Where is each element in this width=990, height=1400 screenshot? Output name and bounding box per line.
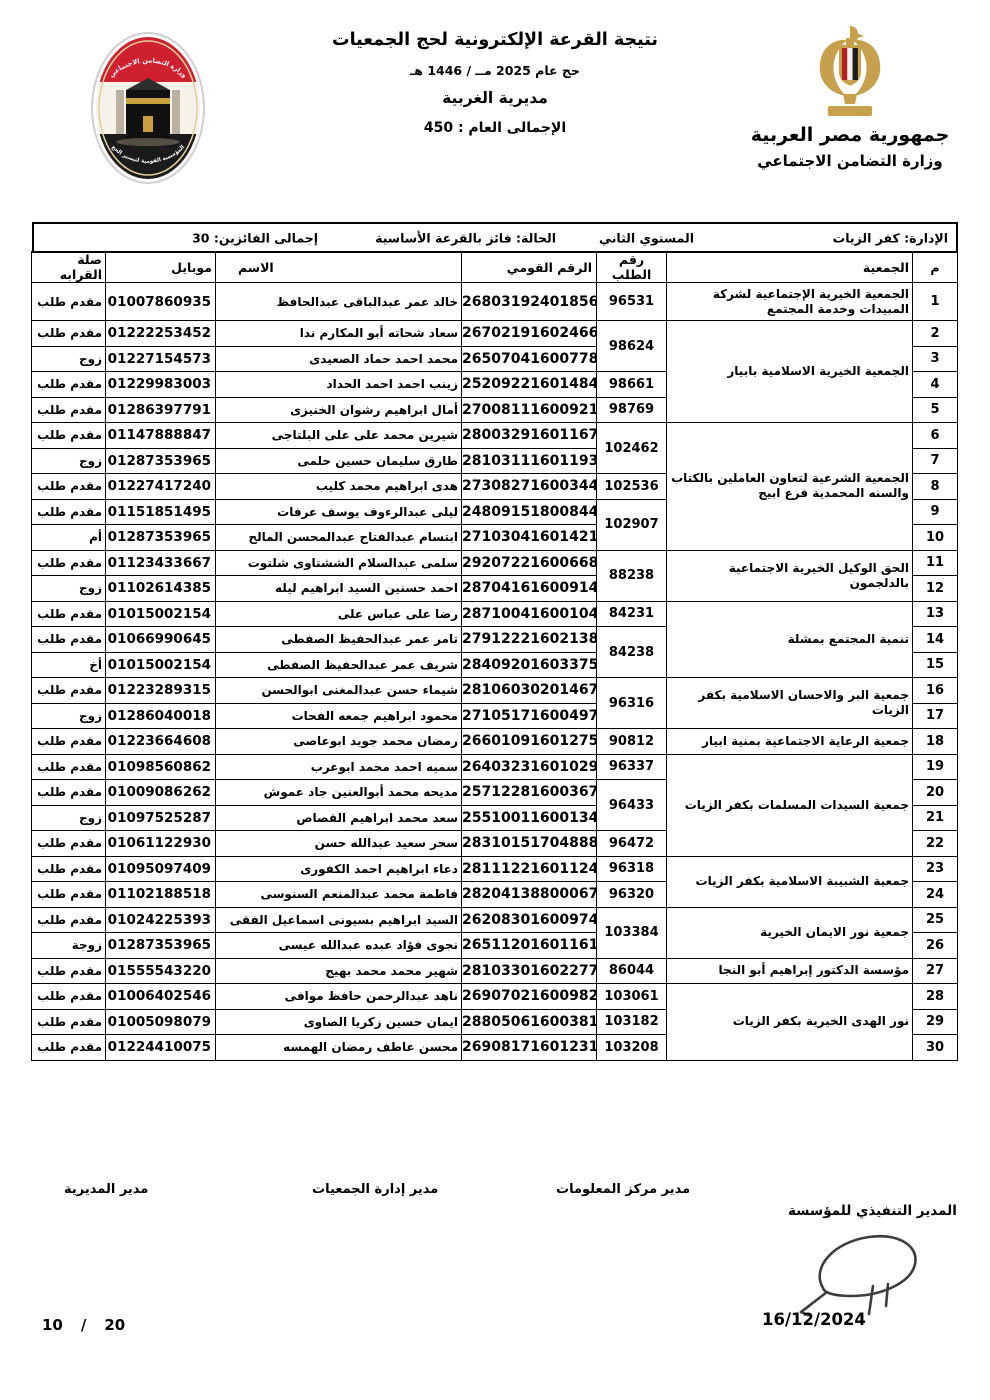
row-number-cell: 10 [913, 525, 958, 551]
relationship-cell: مقدم طلب [32, 321, 106, 347]
info-center-manager-label: مدير مركز المعلومات [556, 1182, 690, 1197]
relationship-cell: زوج [32, 346, 106, 372]
name-cell: محسن عاطف رمضان الهمسه [216, 1035, 462, 1061]
request-number-cell: 102536 [597, 474, 667, 500]
relationship-cell: أم [32, 525, 106, 551]
request-number-cell: 102907 [597, 499, 667, 550]
mobile-cell: 01102188518 [106, 882, 216, 908]
row-number-cell: 11 [913, 550, 958, 576]
mobile-cell: 01147888847 [106, 423, 216, 449]
request-number-cell: 98661 [597, 372, 667, 398]
request-number-cell: 86044 [597, 958, 667, 984]
mobile-cell: 01097525287 [106, 805, 216, 831]
mobile-cell: 01227154573 [106, 346, 216, 372]
name-cell: شيماء حسن عبدالمغنى ابوالحسن [216, 678, 462, 704]
document-title: نتيجة القرعة الإلكترونية لحج الجمعيات [275, 30, 715, 50]
table-row: 16جمعية البر والاحسان الاسلامية بكفر الز… [32, 678, 958, 704]
row-number-cell: 30 [913, 1035, 958, 1061]
national-id-cell: 27103041601421 [462, 525, 597, 551]
row-number-cell: 8 [913, 474, 958, 500]
mobile-cell: 01066990645 [106, 627, 216, 653]
name-cell: سلمى عبدالسلام الششتاوى شلتوت [216, 550, 462, 576]
name-cell: شهير محمد محمد بهيج [216, 958, 462, 984]
row-number-cell: 26 [913, 933, 958, 959]
mobile-cell: 01223664608 [106, 729, 216, 755]
mobile-cell: 01151851495 [106, 499, 216, 525]
table-header-row: م الجمعية رقم الطلب الرقم القومي الاسم م… [32, 252, 958, 283]
info-bar: الإدارة: كفر الزيات المستوي الثاني الحال… [32, 222, 958, 253]
table-row: 2الجمعية الخيرية الاسلامية بابيار9862426… [32, 321, 958, 347]
name-cell: زينب احمد احمد الحداد [216, 372, 462, 398]
association-cell: جمعية نور الايمان الخيرية [667, 907, 913, 958]
relationship-cell: زوج [32, 448, 106, 474]
table-row: 1الجمعية الخيرية الإجتماعية لشركة المبيد… [32, 283, 958, 321]
name-cell: سحر سعيد عبدالله حسن [216, 831, 462, 857]
total-winners-label: إجمالى الفائزين: 30 [192, 230, 318, 245]
mobile-cell: 01123433667 [106, 550, 216, 576]
header-national-id: الرقم القومي [462, 252, 597, 283]
request-number-cell: 90812 [597, 729, 667, 755]
mobile-cell: 01224410075 [106, 1035, 216, 1061]
name-cell: محمود ابراهيم جمعه الفحات [216, 703, 462, 729]
name-cell: طارق سليمان حسين حلمى [216, 448, 462, 474]
national-id-cell: 28710041600104 [462, 601, 597, 627]
name-cell: شريف عمر عبدالحفيظ الصفطى [216, 652, 462, 678]
row-number-cell: 22 [913, 831, 958, 857]
national-id-cell: 26511201601161 [462, 933, 597, 959]
relationship-cell: مقدم طلب [32, 474, 106, 500]
table-row: 28نور الهدى الخيرية بكفر الزيات103061269… [32, 984, 958, 1010]
request-number-cell: 103208 [597, 1035, 667, 1061]
request-number-cell: 103061 [597, 984, 667, 1010]
national-id-cell: 26601091601275 [462, 729, 597, 755]
national-id-cell: 26908171601231 [462, 1035, 597, 1061]
row-number-cell: 27 [913, 958, 958, 984]
relationship-cell: مقدم طلب [32, 499, 106, 525]
row-number-cell: 19 [913, 754, 958, 780]
relationship-cell: مقدم طلب [32, 678, 106, 704]
mobile-cell: 01024225393 [106, 907, 216, 933]
national-id-cell: 27308271600344 [462, 474, 597, 500]
administration-label: الإدارة: كفر الزيات [833, 230, 948, 245]
row-number-cell: 16 [913, 678, 958, 704]
ministry-name: وزارة التضامن الاجتماعي [738, 152, 962, 170]
request-number-cell: 102462 [597, 423, 667, 474]
national-id-cell: 26803192401856 [462, 283, 597, 321]
association-cell: جمعية البر والاحسان الاسلامية بكفر الزيا… [667, 678, 913, 729]
national-id-cell: 26507041600778 [462, 346, 597, 372]
result-sheet-page: وزارة التضامن الاجتماعي المؤسسة القومية … [0, 0, 990, 1400]
mobile-cell: 01287353965 [106, 933, 216, 959]
national-id-cell: 28003291601167 [462, 423, 597, 449]
relationship-cell: مقدم طلب [32, 729, 106, 755]
national-id-cell: 28103301602277 [462, 958, 597, 984]
header-association: الجمعية [667, 252, 913, 283]
row-number-cell: 23 [913, 856, 958, 882]
name-cell: شيرين محمد على على البلتاجى [216, 423, 462, 449]
name-cell: احمد حسنين السيد ابراهيم ليله [216, 576, 462, 602]
header-mobile: موبايل [106, 252, 216, 283]
relationship-cell: مقدم طلب [32, 856, 106, 882]
name-cell: فاطمة محمد عبدالمنعم السنوسى [216, 882, 462, 908]
relationship-cell: مقدم طلب [32, 1009, 106, 1035]
relationship-cell: زوج [32, 703, 106, 729]
national-id-cell: 25712281600367 [462, 780, 597, 806]
hajj-year-subtitle: حج عام 2025 مــ / 1446 هـ [275, 63, 715, 78]
national-id-cell: 27105171600497 [462, 703, 597, 729]
national-id-cell: 25510011600134 [462, 805, 597, 831]
executive-director-label: المدير التنفيذي للمؤسسة [788, 1203, 957, 1219]
table-row: 27مؤسسة الدكتور إبراهيم أبو النجا8604428… [32, 958, 958, 984]
table-row: 25جمعية نور الايمان الخيرية1033842620830… [32, 907, 958, 933]
request-number-cell: 96316 [597, 678, 667, 729]
row-number-cell: 18 [913, 729, 958, 755]
mobile-cell: 01095097409 [106, 856, 216, 882]
row-number-cell: 4 [913, 372, 958, 398]
relationship-cell: زوج [32, 576, 106, 602]
name-cell: ليلى عبدالرءوف يوسف عرفات [216, 499, 462, 525]
header-number: م [913, 252, 958, 283]
name-cell: ناهد عبدالرحمن حافظ موافى [216, 984, 462, 1010]
name-cell: مديحه محمد أبوالعنين جاد عموش [216, 780, 462, 806]
name-cell: ابتسام عبدالفتاح عبدالمحسن المالح [216, 525, 462, 551]
row-number-cell: 1 [913, 283, 958, 321]
results-sheet: الإدارة: كفر الزيات المستوي الثاني الحال… [32, 222, 958, 1061]
name-cell: نجوى فؤاد عبده عبدالله عيسى [216, 933, 462, 959]
association-cell: الحق الوكيل الخيرية الاجتماعية بالدلجمون [667, 550, 913, 601]
relationship-cell: مقدم طلب [32, 397, 106, 423]
name-cell: رضا على عباس على [216, 601, 462, 627]
request-number-cell: 98769 [597, 397, 667, 423]
request-number-cell: 103182 [597, 1009, 667, 1035]
directorate-manager-label: مدير المديرية [64, 1182, 148, 1197]
table-row: 18جمعية الرعاية الاجتماعية بمنية ابيار90… [32, 729, 958, 755]
row-number-cell: 29 [913, 1009, 958, 1035]
name-cell: دعاء ابراهيم احمد الكفورى [216, 856, 462, 882]
relationship-cell: مقدم طلب [32, 601, 106, 627]
page-separator: / [81, 1316, 86, 1334]
header-relationship: صلة القرابه [32, 252, 106, 283]
row-number-cell: 13 [913, 601, 958, 627]
report-date: 16/12/2024 [762, 1310, 866, 1329]
request-number-cell: 98624 [597, 321, 667, 372]
name-cell: أمال ابراهيم رشوان الخنيزى [216, 397, 462, 423]
grand-total: الإجمالى العام : 450 [275, 120, 715, 136]
relationship-cell: مقدم طلب [32, 550, 106, 576]
request-number-cell: 84238 [597, 627, 667, 678]
request-number-cell: 96531 [597, 283, 667, 321]
association-cell: جمعية الشبيبة الاسلامية بكفر الزيات [667, 856, 913, 907]
row-number-cell: 15 [913, 652, 958, 678]
national-id-cell: 26403231601029 [462, 754, 597, 780]
mobile-cell: 01006402546 [106, 984, 216, 1010]
request-number-cell: 96433 [597, 780, 667, 831]
association-cell: جمعية السيدات المسلمات بكفر الزيات [667, 754, 913, 856]
mobile-cell: 01555543220 [106, 958, 216, 984]
name-cell: سميه احمد محمد ابوعرب [216, 754, 462, 780]
relationship-cell: مقدم طلب [32, 882, 106, 908]
mobile-cell: 01102614385 [106, 576, 216, 602]
mobile-cell: 01061122930 [106, 831, 216, 857]
request-number-cell: 103384 [597, 907, 667, 958]
request-number-cell: 96337 [597, 754, 667, 780]
page-number: 10 [42, 1316, 63, 1334]
relationship-cell: مقدم طلب [32, 958, 106, 984]
row-number-cell: 5 [913, 397, 958, 423]
mobile-cell: 01005098079 [106, 1009, 216, 1035]
kaaba-badge-icon: وزارة التضامن الاجتماعي المؤسسة القومية … [90, 30, 206, 186]
mobile-cell: 01098560862 [106, 754, 216, 780]
results-table-body: 1الجمعية الخيرية الإجتماعية لشركة المبيد… [32, 283, 958, 1061]
association-cell: جمعية الرعاية الاجتماعية بمنية ابيار [667, 729, 913, 755]
status-label: الحالة: فائز بالقرعة الأساسية [375, 230, 556, 245]
relationship-cell: مقدم طلب [32, 1035, 106, 1061]
national-id-cell: 26208301600974 [462, 907, 597, 933]
page-indicator: 10 / 20 [42, 1316, 125, 1334]
relationship-cell: زوج [32, 805, 106, 831]
relationship-cell: مقدم طلب [32, 627, 106, 653]
name-cell: محمد احمد حماد الصعيدى [216, 346, 462, 372]
row-number-cell: 14 [913, 627, 958, 653]
row-number-cell: 2 [913, 321, 958, 347]
mobile-cell: 01015002154 [106, 652, 216, 678]
national-id-cell: 28111221601124 [462, 856, 597, 882]
relationship-cell: مقدم طلب [32, 831, 106, 857]
associations-manager-label: مدير إدارة الجمعيات [312, 1182, 438, 1197]
level-label: المستوي الثاني [599, 230, 694, 245]
national-id-cell: 28204138800067 [462, 882, 597, 908]
table-row: 6الجمعية الشرعية لتعاون العاملين بالكتاب… [32, 423, 958, 449]
name-cell: ايمان حسين زكريا الصاوى [216, 1009, 462, 1035]
relationship-cell: مقدم طلب [32, 372, 106, 398]
ministry-badge-logo: وزارة التضامن الاجتماعي المؤسسة القومية … [90, 30, 206, 186]
mobile-cell: 01222253452 [106, 321, 216, 347]
republic-name: جمهورية مصر العربية [738, 124, 962, 146]
national-id-cell: 27008111600921 [462, 397, 597, 423]
mobile-cell: 01015002154 [106, 601, 216, 627]
national-id-cell: 28103111601193 [462, 448, 597, 474]
national-id-cell: 26907021600982 [462, 984, 597, 1010]
request-number-cell: 88238 [597, 550, 667, 601]
header-request-number: رقم الطلب [597, 252, 667, 283]
name-cell: سعاد شحاته أبو المكارم ندا [216, 321, 462, 347]
relationship-cell: أخ [32, 652, 106, 678]
national-id-cell: 28409201603375 [462, 652, 597, 678]
request-number-cell: 96320 [597, 882, 667, 908]
egypt-eagle-emblem-icon [814, 24, 886, 122]
table-row: 19جمعية السيدات المسلمات بكفر الزيات9633… [32, 754, 958, 780]
national-id-cell: 29207221600668 [462, 550, 597, 576]
row-number-cell: 28 [913, 984, 958, 1010]
mobile-cell: 01227417240 [106, 474, 216, 500]
results-table: م الجمعية رقم الطلب الرقم القومي الاسم م… [31, 251, 958, 1061]
row-number-cell: 24 [913, 882, 958, 908]
directorate-name: مديرية الغربية [275, 89, 715, 107]
row-number-cell: 7 [913, 448, 958, 474]
national-id-cell: 28805061600381 [462, 1009, 597, 1035]
row-number-cell: 21 [913, 805, 958, 831]
relationship-cell: مقدم طلب [32, 780, 106, 806]
table-row: 23جمعية الشبيبة الاسلامية بكفر الزيات963… [32, 856, 958, 882]
mobile-cell: 01287353965 [106, 525, 216, 551]
mobile-cell: 01223289315 [106, 678, 216, 704]
name-cell: هدى ابراهيم محمد كليب [216, 474, 462, 500]
relationship-cell: مقدم طلب [32, 423, 106, 449]
name-cell: رمضان محمد جويد ابوعاصى [216, 729, 462, 755]
relationship-cell: زوجة [32, 933, 106, 959]
mobile-cell: 01286040018 [106, 703, 216, 729]
row-number-cell: 25 [913, 907, 958, 933]
header-name: الاسم [216, 252, 462, 283]
table-row: 13تنمية المجتمع بمشلة8423128710041600104… [32, 601, 958, 627]
table-row: 11الحق الوكيل الخيرية الاجتماعية بالدلجم… [32, 550, 958, 576]
association-cell: نور الهدى الخيرية بكفر الزيات [667, 984, 913, 1061]
name-cell: السيد ابراهيم بسيونى اسماعيل الفقى [216, 907, 462, 933]
mobile-cell: 01229983003 [106, 372, 216, 398]
association-cell: تنمية المجتمع بمشلة [667, 601, 913, 678]
name-cell: سعد محمد ابراهيم القصاص [216, 805, 462, 831]
document-title-block: نتيجة القرعة الإلكترونية لحج الجمعيات حج… [275, 30, 715, 136]
row-number-cell: 12 [913, 576, 958, 602]
row-number-cell: 3 [913, 346, 958, 372]
national-id-cell: 28106030201467 [462, 678, 597, 704]
relationship-cell: مقدم طلب [32, 754, 106, 780]
row-number-cell: 6 [913, 423, 958, 449]
association-cell: الجمعية الخيرية الاسلامية بابيار [667, 321, 913, 423]
mobile-cell: 01286397791 [106, 397, 216, 423]
mobile-cell: 01007860935 [106, 283, 216, 321]
association-cell: الجمعية الخيرية الإجتماعية لشركة المبيدا… [667, 283, 913, 321]
row-number-cell: 9 [913, 499, 958, 525]
name-cell: خالد عمر عبدالباقى عبدالحافظ [216, 283, 462, 321]
relationship-cell: مقدم طلب [32, 907, 106, 933]
national-id-cell: 24809151800844 [462, 499, 597, 525]
name-cell: تامر عمر عبدالحفيظ الصفطى [216, 627, 462, 653]
request-number-cell: 84231 [597, 601, 667, 627]
request-number-cell: 96318 [597, 856, 667, 882]
relationship-cell: مقدم طلب [32, 984, 106, 1010]
association-cell: مؤسسة الدكتور إبراهيم أبو النجا [667, 958, 913, 984]
national-id-cell: 28310151704888 [462, 831, 597, 857]
row-number-cell: 20 [913, 780, 958, 806]
national-id-cell: 26702191602466 [462, 321, 597, 347]
row-number-cell: 17 [913, 703, 958, 729]
national-id-cell: 28704161600914 [462, 576, 597, 602]
mobile-cell: 01009086262 [106, 780, 216, 806]
association-cell: الجمعية الشرعية لتعاون العاملين بالكتاب … [667, 423, 913, 551]
national-id-cell: 27912221602138 [462, 627, 597, 653]
national-id-cell: 25209221601484 [462, 372, 597, 398]
mobile-cell: 01287353965 [106, 448, 216, 474]
page-total: 20 [104, 1316, 125, 1334]
republic-emblem-block: جمهورية مصر العربية وزارة التضامن الاجتم… [738, 24, 962, 170]
request-number-cell: 96472 [597, 831, 667, 857]
relationship-cell: مقدم طلب [32, 283, 106, 321]
